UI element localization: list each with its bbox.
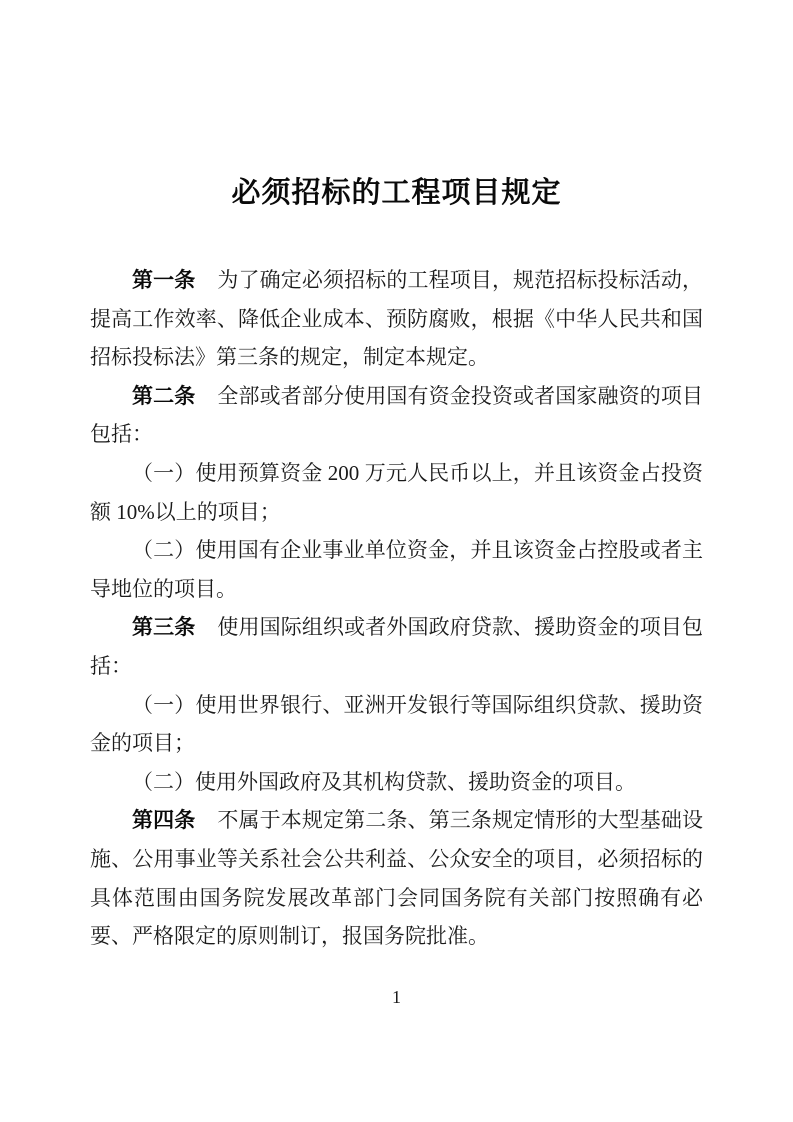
article-number-label: 第二条 (132, 384, 195, 408)
article-item-text: （二）使用国有企业事业单位资金，并且该资金占控股或者主导地位的项目。 (90, 538, 703, 601)
article-item-paragraph: （二）使用外国政府及其机构贷款、援助资金的项目。 (90, 763, 703, 802)
page-number: 1 (0, 987, 793, 1008)
document-body: 第一条为了确定必须招标的工程项目，规范招标投标活动，提高工作效率、降低企业成本、… (90, 261, 703, 956)
article-number-label: 第一条 (132, 268, 195, 292)
article-item-paragraph: （二）使用国有企业事业单位资金，并且该资金占控股或者主导地位的项目。 (90, 531, 703, 608)
article-item-text: （二）使用外国政府及其机构贷款、援助资金的项目。 (132, 770, 636, 794)
article-paragraph: 第四条不属于本规定第二条、第三条规定情形的大型基础设施、公用事业等关系社会公共利… (90, 801, 703, 955)
article-item-paragraph: （一）使用世界银行、亚洲开发银行等国际组织贷款、援助资金的项目； (90, 686, 703, 763)
article-item-text: （一）使用预算资金 200 万元人民币以上，并且该资金占投资额 10%以上的项目… (90, 461, 703, 524)
document-title: 必须招标的工程项目规定 (0, 170, 793, 211)
article-item-text: （一）使用世界银行、亚洲开发银行等国际组织贷款、援助资金的项目； (90, 693, 703, 756)
article-paragraph: 第二条全部或者部分使用国有资金投资或者国家融资的项目包括： (90, 377, 703, 454)
document-page: 必须招标的工程项目规定 第一条为了确定必须招标的工程项目，规范招标投标活动，提高… (0, 0, 793, 1122)
article-number-label: 第四条 (132, 808, 195, 832)
article-item-paragraph: （一）使用预算资金 200 万元人民币以上，并且该资金占投资额 10%以上的项目… (90, 454, 703, 531)
article-number-label: 第三条 (132, 615, 195, 639)
article-paragraph: 第三条使用国际组织或者外国政府贷款、援助资金的项目包括： (90, 608, 703, 685)
article-paragraph: 第一条为了确定必须招标的工程项目，规范招标投标活动，提高工作效率、降低企业成本、… (90, 261, 703, 377)
